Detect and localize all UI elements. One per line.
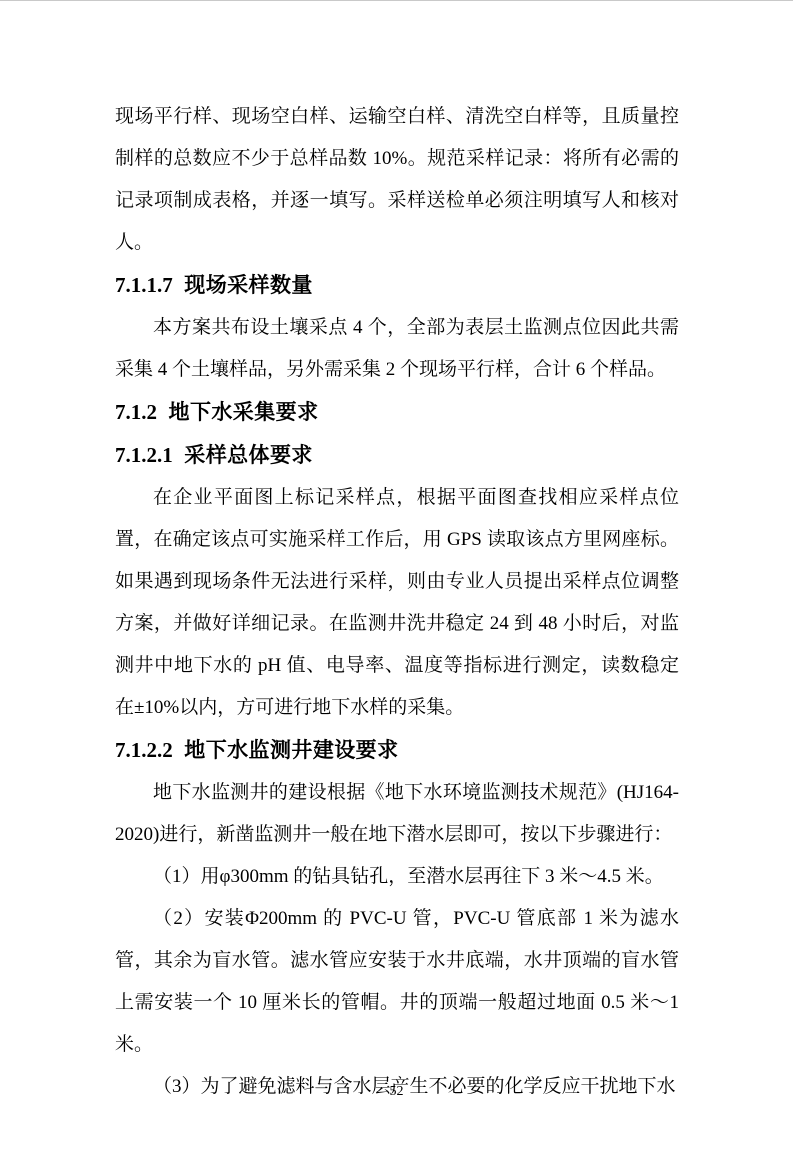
- section-heading-7-1-2-1: 7.1.2.1 采样总体要求: [115, 434, 679, 477]
- paragraph-general-sampling-requirements: 在企业平面图上标记采样点，根据平面图查找相应采样点位置，在确定该点可实施采样工作…: [115, 477, 679, 729]
- document-page: 现场平行样、现场空白样、运输空白样、清洗空白样等，且质量控制样的总数应不少于总样…: [0, 0, 793, 1155]
- section-heading-7-1-2: 7.1.2 地下水采集要求: [115, 391, 679, 434]
- document-body: 现场平行样、现场空白样、运输空白样、清洗空白样等，且质量控制样的总数应不少于总样…: [115, 96, 679, 1108]
- page-number: 52: [0, 1083, 793, 1101]
- heading-number: 7.1.2.2: [115, 738, 173, 762]
- heading-title: 地下水采集要求: [169, 401, 319, 424]
- heading-number: 7.1.1.7: [115, 273, 173, 297]
- paragraph-quality-control-records: 现场平行样、现场空白样、运输空白样、清洗空白样等，且质量控制样的总数应不少于总样…: [115, 96, 679, 264]
- heading-title: 采样总体要求: [184, 444, 313, 467]
- heading-number: 7.1.2.1: [115, 443, 173, 467]
- heading-title: 现场采样数量: [184, 274, 313, 297]
- heading-number: 7.1.2: [115, 400, 157, 424]
- paragraph-sampling-count: 本方案共布设土壤采点 4 个，全部为表层土监测点位因此共需采集 4 个土壤样品，…: [115, 307, 679, 391]
- paragraph-step-2-pvc-pipe: （2）安装Φ200mm 的 PVC-U 管，PVC-U 管底部 1 米为滤水管，…: [115, 898, 679, 1066]
- heading-title: 地下水监测井建设要求: [184, 739, 398, 762]
- paragraph-step-1-drilling: （1）用φ300mm 的钻具钻孔，至潜水层再往下 3 米～4.5 米。: [115, 856, 679, 898]
- section-heading-7-1-2-2: 7.1.2.2 地下水监测井建设要求: [115, 729, 679, 772]
- paragraph-well-construction-intro: 地下水监测井的建设根据《地下水环境监测技术规范》(HJ164-2020)进行，新…: [115, 772, 679, 856]
- section-heading-7-1-1-7: 7.1.1.7 现场采样数量: [115, 264, 679, 307]
